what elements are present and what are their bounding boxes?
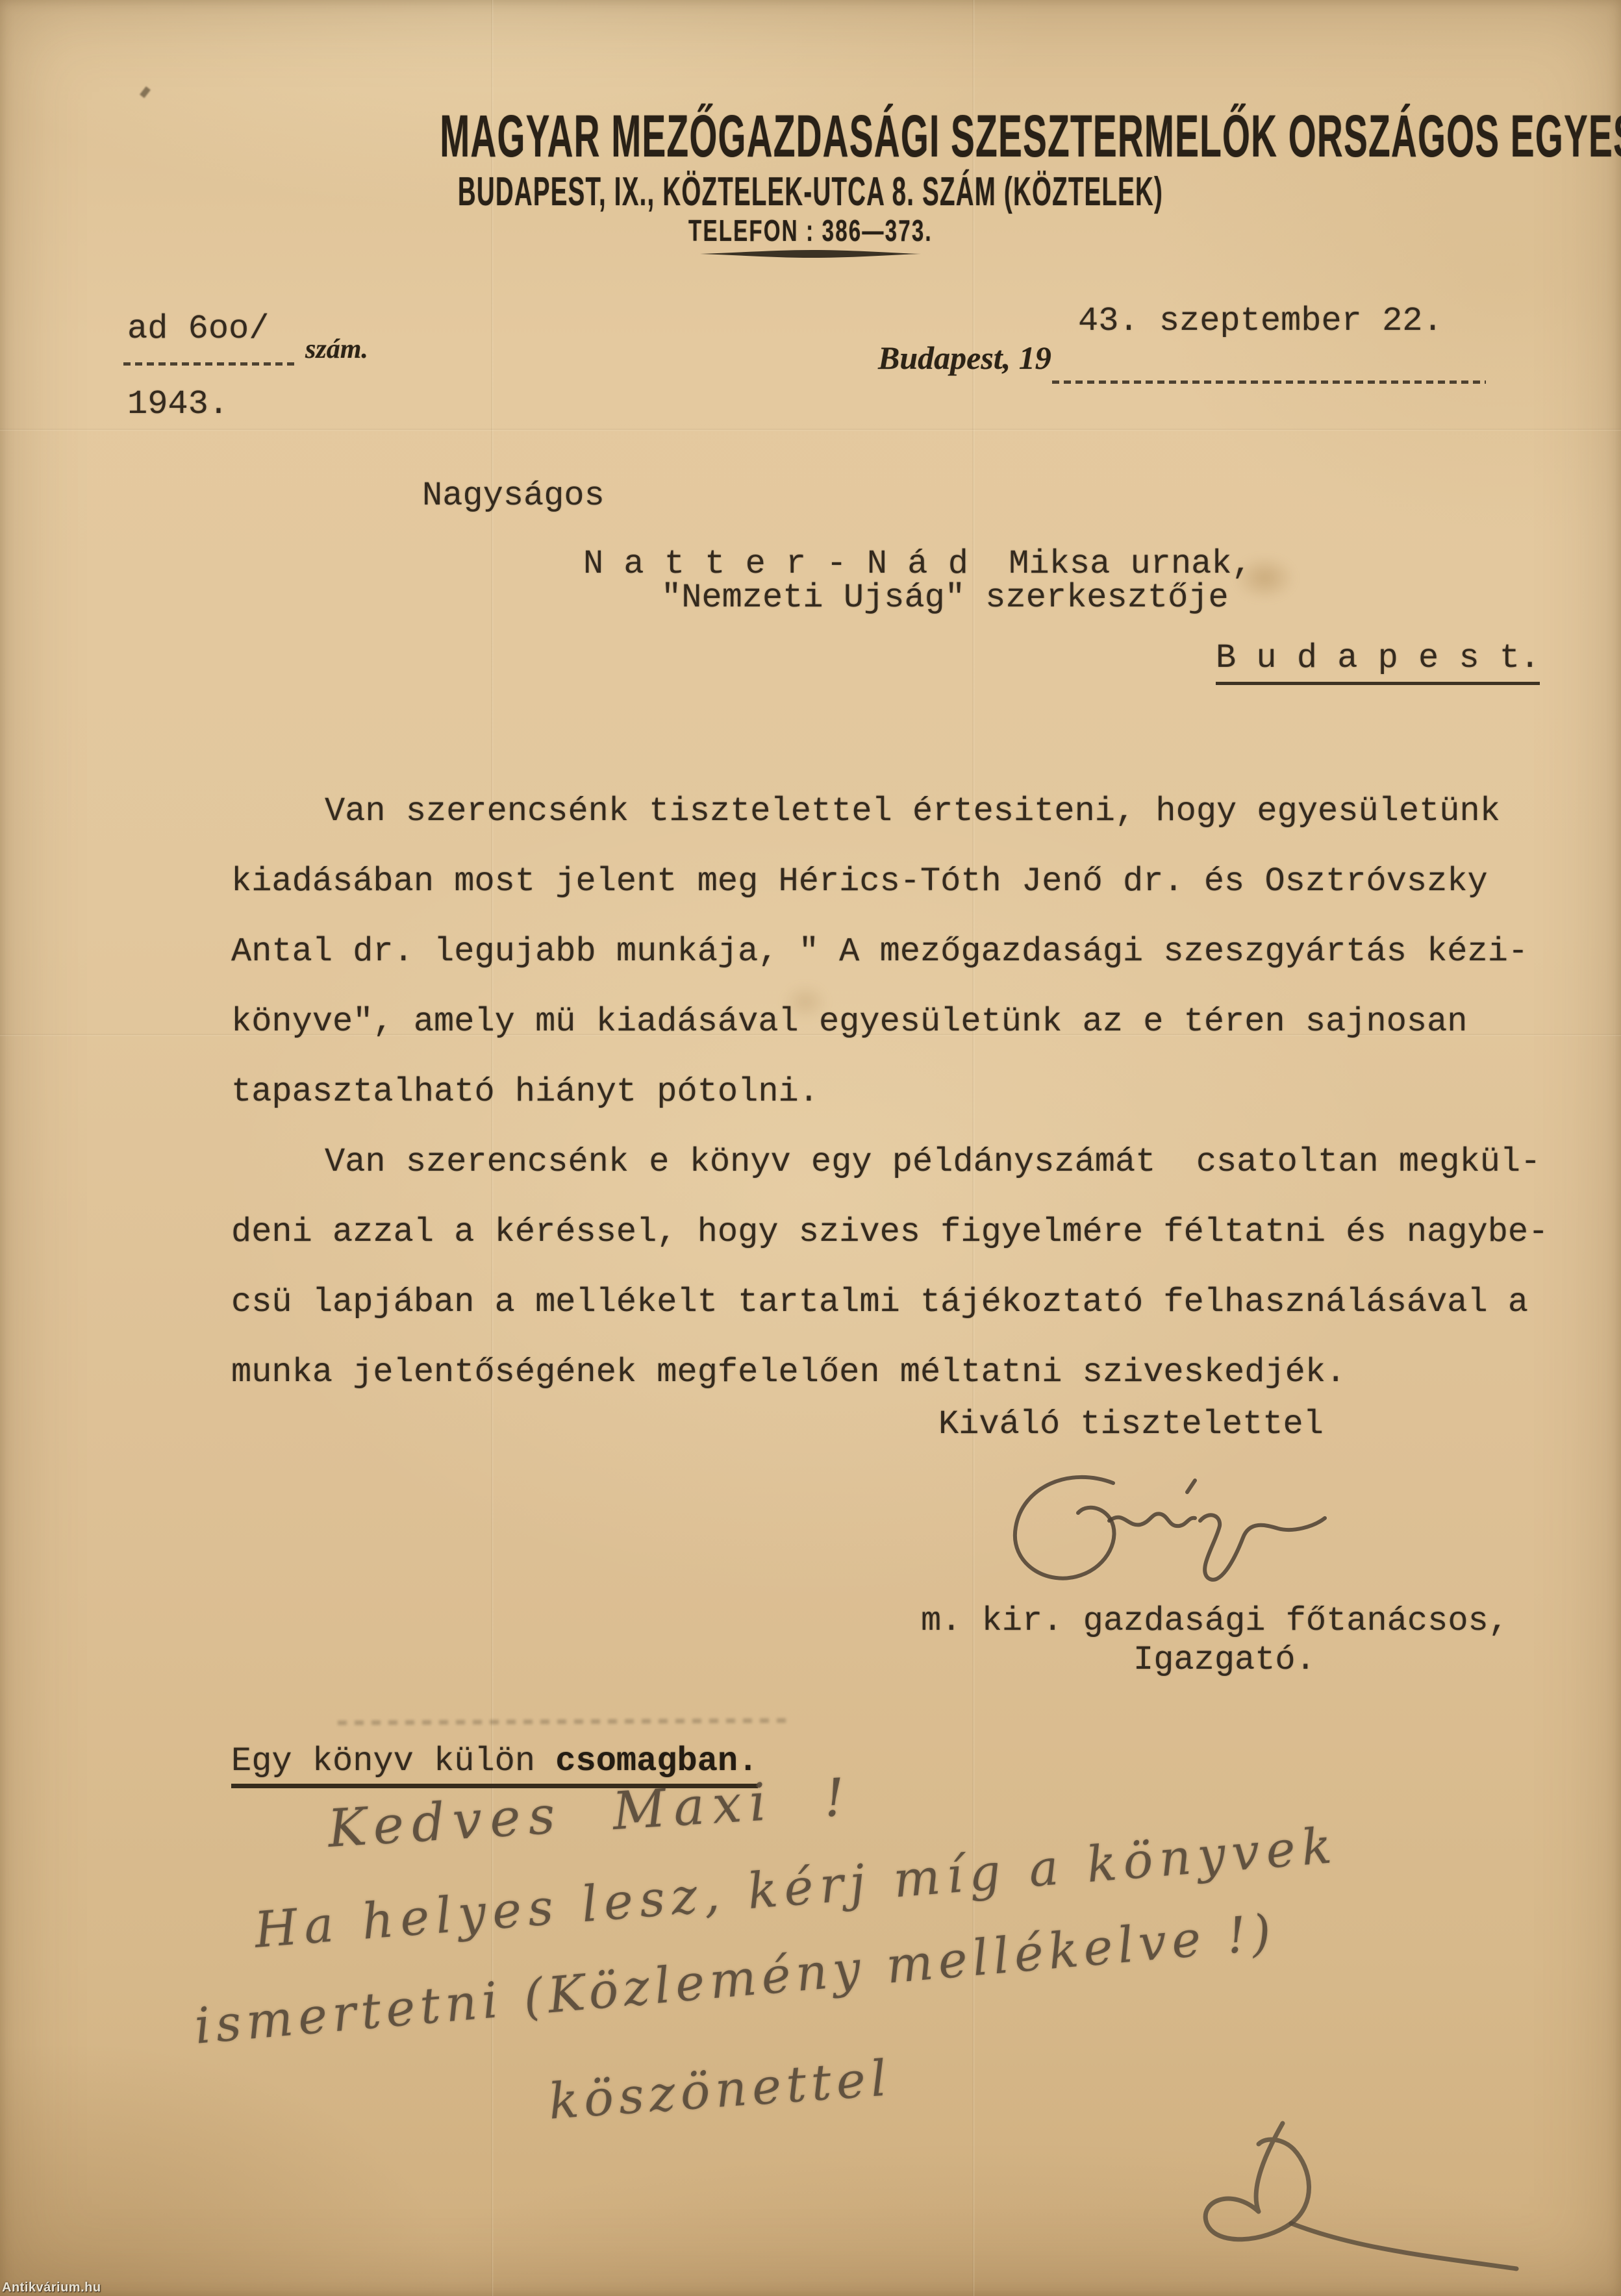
reference-number-ruled-line [123, 362, 297, 366]
closing-title-line-2: Igazgató. [1133, 1641, 1316, 1678]
recipient-role: "Nemzeti Ujság" szerkesztője [661, 579, 1229, 616]
recipient-honorific: Nagyságos [422, 477, 605, 514]
letterhead-address: BUDAPEST, IX., KÖZTELEK-UTCA 8. SZÁM (KÖ… [0, 169, 1621, 215]
ink-speck [140, 86, 151, 98]
letterhead-organization-text: MAGYAR MEZŐGAZDASÁGI SZESZTERMELŐK ORSZÁ… [440, 103, 1621, 171]
handwritten-note-line: köszönettel [547, 2049, 894, 2130]
body-line: deni azzal a kéréssel, hogy szives figye… [231, 1197, 1569, 1267]
body-line: csü lapjában a mellékelt tartalmi tájéko… [231, 1267, 1569, 1338]
letterhead-address-text: BUDAPEST, IX., KÖZTELEK-UTCA 8. SZÁM (KÖ… [458, 169, 1163, 215]
letterhead-divider-ornament [700, 248, 921, 260]
reference-number-typed: ad 6oo/ [127, 310, 269, 347]
reference-year-typed: 1943. [127, 386, 229, 423]
body-line: Van szerencsénk tisztelettel értesiteni,… [231, 777, 1569, 847]
body-line: munka jelentőségének megfelelően méltatn… [231, 1338, 1569, 1408]
postscript-typed-note-part1: Egy könyv külön [231, 1742, 555, 1780]
body-line: Antal dr. legujabb munkája, " A mezőgazd… [231, 917, 1569, 987]
letterhead-organization: MAGYAR MEZŐGAZDASÁGI SZESZTERMELŐK ORSZÁ… [0, 103, 1621, 171]
director-handwritten-signature [992, 1465, 1343, 1595]
reference-number-label: szám. [305, 334, 368, 365]
letter-scan: MAGYAR MEZŐGAZDASÁGI SZESZTERMELŐK ORSZÁ… [0, 0, 1621, 2296]
body-line: kiadásában most jelent meg Hérics-Tóth J… [231, 847, 1569, 917]
body-line: tapasztalható hiányt pótolni. [231, 1057, 1569, 1127]
recipient-name: N a t t e r - N á d Miksa urnak, [583, 545, 1252, 582]
letter-body: Van szerencsénk tisztelettel értesiteni,… [231, 777, 1569, 1408]
body-line: Van szerencsénk e könyv egy példányszámá… [231, 1127, 1569, 1197]
antikvarium-watermark: Antikvárium.hu [2, 2280, 101, 2295]
body-line: könyve", amely mü kiadásával egyesületün… [231, 987, 1569, 1057]
recipient-city: B u d a p e s t. [1216, 640, 1540, 685]
dateline-ruled-line [1052, 381, 1486, 384]
dateline-typed-date: 43. szeptember 22. [1078, 303, 1443, 340]
horizontal-fold-crease [0, 429, 1621, 431]
closing-title-line-1: m. kir. gazdasági főtanácsos, [921, 1603, 1509, 1640]
typewriter-ghost-strike [338, 1718, 786, 1725]
dateline-printed-prefix: Budapest, 19 [878, 339, 1051, 377]
closing-valediction: Kiváló tisztelettel [938, 1406, 1324, 1443]
letterhead-phone-text: TELEFON : 386—373. [688, 213, 933, 248]
letterhead-phone: TELEFON : 386—373. [0, 213, 1621, 248]
postscript-handwritten-signature [903, 2109, 1539, 2284]
